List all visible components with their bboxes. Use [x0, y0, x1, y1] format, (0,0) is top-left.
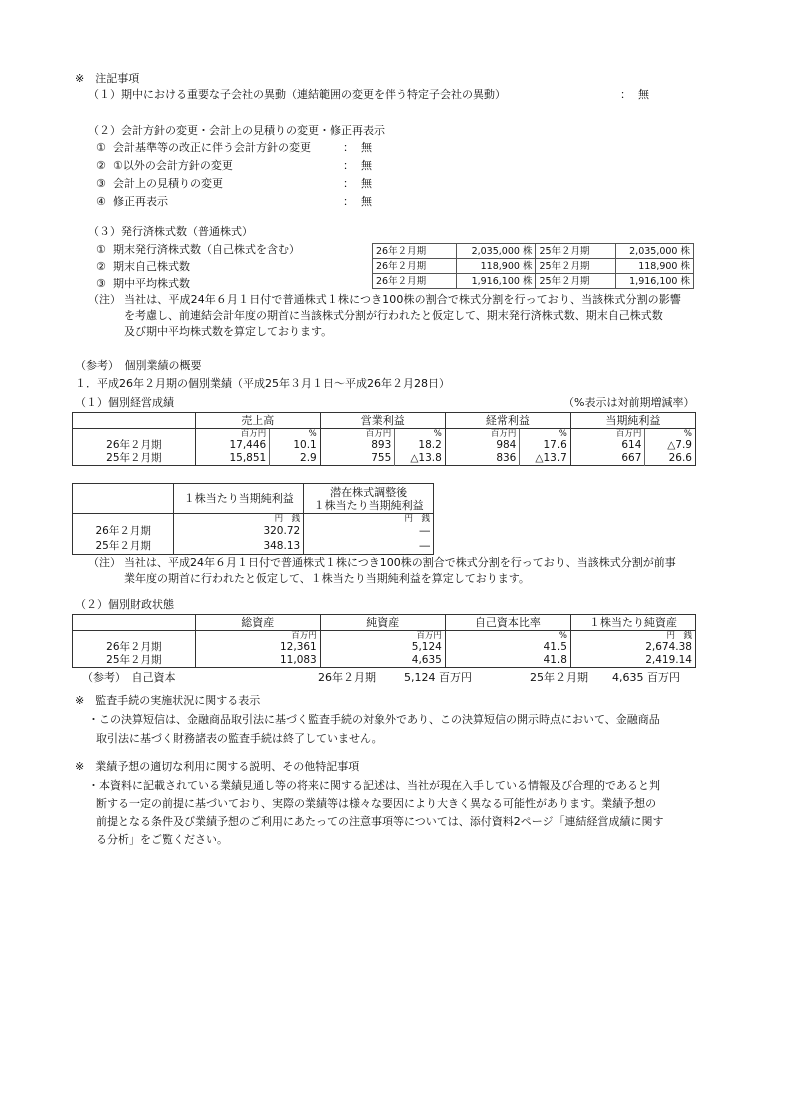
note-item1-label: （１）期中における重要な子会社の異動（連結範囲の変更を伴う特定子会社の異動） [88, 88, 506, 102]
value-cell: 893 [320, 439, 395, 452]
value-cell: 17.6 [520, 439, 571, 452]
shares-num: ① [96, 243, 106, 257]
note-item1-value: 無 [638, 88, 649, 102]
col-header: 潜在株式調整後 １株当たり当期純利益 [304, 484, 434, 514]
value-cell: 5,124 [320, 641, 445, 654]
note-item2-num: ④ [96, 195, 106, 209]
value-cell: 11,083 [195, 654, 320, 668]
shares-num: ③ [96, 277, 106, 291]
value-cell: 2,035,000 株 [456, 244, 536, 259]
col-header: １株当たり純資産 [570, 615, 695, 631]
value-cell: 667 [570, 452, 645, 466]
unit-row: 百万円 百万円 % 円 銭 [73, 631, 696, 642]
unit-row: 円 銭 円 銭 [73, 514, 434, 525]
forecast-heading: ※ 業績予想の適切な利用に関する説明、その他特記事項 [75, 760, 359, 774]
value-cell: 12,361 [195, 641, 320, 654]
notes-heading: ※ 注記事項 [75, 72, 139, 86]
shares-table: 26年２月期 2,035,000 株 25年２月期 2,035,000 株 26… [372, 243, 694, 289]
operating-results-table: 売上高 営業利益 経常利益 当期純利益 百万円 % 百万円 % 百万円 % 百万… [72, 412, 696, 466]
table-row: 26年２月期 12,361 5,124 41.5 2,674.38 [73, 641, 696, 654]
shares-note-line: 及び期中平均株式数を算定しております。 [124, 325, 332, 339]
unit-cell: % [395, 429, 446, 440]
value-cell: 17,446 [195, 439, 270, 452]
audit-heading: ※ 監査手続の実施状況に関する表示 [75, 694, 260, 708]
eps-note-line: 業年度の期首に行われたと仮定して、１株当たり当期純利益を算定しております。 [124, 572, 530, 586]
unit-cell: 円 銭 [304, 514, 434, 525]
value-cell: △13.7 [520, 452, 571, 466]
value-cell: 118,900 株 [616, 259, 694, 274]
shares-note-line: 当社は、平成24年６月１日付で普通株式１株につき100株の割合で株式分割を行って… [124, 293, 681, 307]
note-item2-value: 無 [361, 141, 372, 155]
col-header: 総資産 [195, 615, 320, 631]
unit-cell: 百万円 [320, 429, 395, 440]
col-header-line1: 潜在株式調整後 [307, 486, 430, 499]
note-item2-colon: ： [343, 159, 354, 173]
eps-table: １株当たり当期純利益 潜在株式調整後 １株当たり当期純利益 円 銭 円 銭 26… [72, 483, 434, 555]
value-cell: 41.5 [445, 641, 570, 654]
value-cell: 2,035,000 株 [616, 244, 694, 259]
value-cell: 320.72 [174, 524, 304, 539]
col-header: 営業利益 [320, 413, 445, 429]
forecast-line: ・本資料に記載されている業績見通し等の将来に関する記述は、当社が現在入手している… [88, 779, 660, 793]
value-cell: 18.2 [395, 439, 446, 452]
unit-cell: 百万円 [445, 429, 520, 440]
period-cell: 26年２月期 [373, 259, 457, 274]
period-cell: 25年２月期 [73, 452, 196, 466]
forecast-line: る分析」をご覧ください。 [96, 833, 228, 847]
value-cell: 984 [445, 439, 520, 452]
value-cell: △13.8 [395, 452, 446, 466]
table-row: 26年２月期 1,916,100 株 25年２月期 1,916,100 株 [373, 274, 694, 289]
shares-label: 期末発行済株式数（自己株式を含む） [113, 243, 300, 257]
value-cell: 2,419.14 [570, 654, 695, 668]
equity-ref-value2: 4,635 百万円 [612, 671, 680, 685]
table-row: 25年２月期 11,083 4,635 41.8 2,419.14 [73, 654, 696, 668]
note-item2-num: ② [96, 159, 106, 173]
value-cell: 614 [570, 439, 645, 452]
value-cell: 26.6 [645, 452, 696, 466]
audit-line: ・この決算短信は、金融商品取引法に基づく監査手続の対象外であり、この決算短信の開… [88, 713, 660, 727]
value-cell: 41.8 [445, 654, 570, 668]
equity-ref-period2: 25年２月期 [530, 671, 588, 685]
shares-label: 期中平均株式数 [113, 277, 190, 291]
header-row: 総資産 純資産 自己資本比率 １株当たり純資産 [73, 615, 696, 631]
equity-ref-value1: 5,124 百万円 [404, 671, 472, 685]
unit-cell: 百万円 [195, 429, 270, 440]
table-row: 25年２月期 15,851 2.9 755 △13.8 836 △13.7 66… [73, 452, 696, 466]
note-item2-row-label: 会計基準等の改正に伴う会計方針の変更 [113, 141, 311, 155]
col-header: 自己資本比率 [445, 615, 570, 631]
table-row: 25年２月期 348.13 ― [73, 539, 434, 555]
forecast-line: 前提となる条件及び業績予想のご利用にあたっての注意事項等については、添付資料2ペ… [96, 815, 664, 829]
period-cell: 25年２月期 [73, 654, 196, 668]
table-row: 26年２月期 17,446 10.1 893 18.2 984 17.6 614… [73, 439, 696, 452]
header-row: 売上高 営業利益 経常利益 当期純利益 [73, 413, 696, 429]
audit-line: 取引法に基づく財務諸表の監査手続は終了していません。 [96, 732, 383, 746]
note-item2-row-label: 修正再表示 [113, 195, 168, 209]
header-row: １株当たり当期純利益 潜在株式調整後 １株当たり当期純利益 [73, 484, 434, 514]
value-cell: 15,851 [195, 452, 270, 466]
shares-note-label: （注） [88, 293, 121, 307]
unit-cell: 円 銭 [174, 514, 304, 525]
results-label: （１）個別経営成績 [75, 396, 174, 410]
shares-note-line: を考慮し、前連結会計年度の期首に当該株式分割が行われたと仮定して、期末発行済株式… [124, 309, 663, 323]
period-cell: 26年２月期 [373, 244, 457, 259]
eps-note-label: （注） [88, 556, 121, 570]
forecast-line: 断する一定の前提に基づいており、実際の業績等は様々な要因により大きく異なる可能性… [96, 797, 656, 811]
period-cell: 26年２月期 [73, 439, 196, 452]
value-cell: 836 [445, 452, 520, 466]
value-cell: 1,916,100 株 [616, 274, 694, 289]
table-row: 26年２月期 320.72 ― [73, 524, 434, 539]
unit-cell: 百万円 [570, 429, 645, 440]
note-item2-num: ③ [96, 177, 106, 191]
col-header-line2: １株当たり当期純利益 [307, 499, 430, 512]
shares-num: ② [96, 260, 106, 274]
eps-note-line: 当社は、平成24年６月１日付で普通株式１株につき100株の割合で株式分割を行って… [124, 556, 676, 570]
unit-cell: 百万円 [195, 631, 320, 642]
financial-label: （２）個別財政状態 [75, 598, 174, 612]
value-cell: 2,674.38 [570, 641, 695, 654]
unit-cell: % [520, 429, 571, 440]
note-item2-row-label: 会計上の見積りの変更 [113, 177, 223, 191]
unit-cell: 百万円 [320, 631, 445, 642]
reference-heading: （参考） 個別業績の概要 [75, 359, 202, 373]
unit-cell: % [270, 429, 321, 440]
value-cell: 118,900 株 [456, 259, 536, 274]
note-item2-value: 無 [361, 159, 372, 173]
note-item3-label: （３）発行済株式数（普通株式） [88, 225, 253, 239]
note-item2-value: 無 [361, 177, 372, 191]
col-header: １株当たり当期純利益 [174, 484, 304, 514]
col-header: 当期純利益 [570, 413, 695, 429]
value-cell: 2.9 [270, 452, 321, 466]
note-item2-colon: ： [343, 177, 354, 191]
unit-cell: 円 銭 [570, 631, 695, 642]
value-cell: ― [304, 539, 434, 555]
period-cell: 25年２月期 [536, 259, 616, 274]
table-row: 26年２月期 118,900 株 25年２月期 118,900 株 [373, 259, 694, 274]
note-item2-num: ① [96, 141, 106, 155]
note-item1-colon: ： [620, 88, 631, 102]
period-cell: 26年２月期 [73, 641, 196, 654]
col-header: 売上高 [195, 413, 320, 429]
reference-period-title: １．平成26年２月期の個別業績（平成25年３月１日～平成26年２月28日） [75, 377, 450, 391]
col-header: 純資産 [320, 615, 445, 631]
period-cell: 25年２月期 [73, 539, 174, 555]
note-item2-row-label: ①以外の会計方針の変更 [113, 159, 233, 173]
value-cell: 4,635 [320, 654, 445, 668]
financial-position-table: 総資産 純資産 自己資本比率 １株当たり純資産 百万円 百万円 % 円 銭 26… [72, 614, 696, 668]
value-cell: 1,916,100 株 [456, 274, 536, 289]
unit-cell: % [645, 429, 696, 440]
shares-label: 期末自己株式数 [113, 260, 190, 274]
unit-cell: % [445, 631, 570, 642]
period-cell: 26年２月期 [373, 274, 457, 289]
equity-ref-label: （参考） 自己資本 [82, 671, 176, 685]
table-row: 26年２月期 2,035,000 株 25年２月期 2,035,000 株 [373, 244, 694, 259]
note-item2-colon: ： [343, 141, 354, 155]
period-cell: 26年２月期 [73, 524, 174, 539]
value-cell: 10.1 [270, 439, 321, 452]
value-cell: ― [304, 524, 434, 539]
value-cell: △7.9 [645, 439, 696, 452]
value-cell: 348.13 [174, 539, 304, 555]
period-cell: 25年２月期 [536, 244, 616, 259]
note-item2-colon: ： [343, 195, 354, 209]
results-note: （%表示は対前期増減率） [563, 396, 694, 410]
equity-ref-period1: 26年２月期 [318, 671, 376, 685]
note-item2-label: （２）会計方針の変更・会計上の見積りの変更・修正再表示 [88, 124, 385, 138]
col-header: 経常利益 [445, 413, 570, 429]
period-cell: 25年２月期 [536, 274, 616, 289]
note-item2-value: 無 [361, 195, 372, 209]
value-cell: 755 [320, 452, 395, 466]
unit-row: 百万円 % 百万円 % 百万円 % 百万円 % [73, 429, 696, 440]
